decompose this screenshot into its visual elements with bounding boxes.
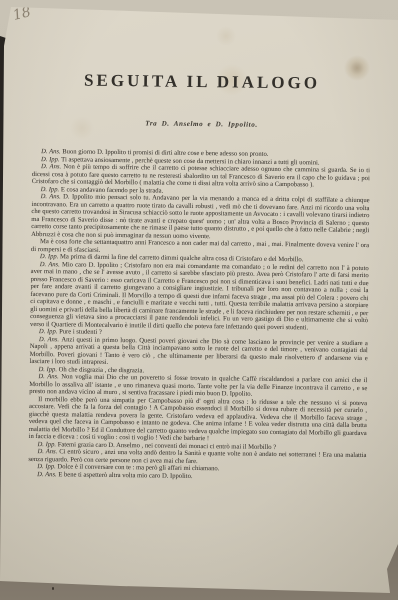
dust-speck [52, 587, 54, 590]
dialogue-paragraph: D. Ans. Anzi questi in primo luogo. Ques… [30, 335, 368, 369]
speaker-label: D. Ipp. [40, 253, 60, 260]
photo-of-printed-page: 18 SEGUITA IL DIALOGO Tra D. Anselmo e D… [0, 0, 398, 600]
speaker-label: D. Ipp. [37, 463, 57, 470]
speaker-label: D. Ipp. [38, 366, 58, 373]
dialogue-paragraph: D. Ans. D. Ippolito mio pensaci solo tu.… [31, 193, 370, 242]
speaker-label: D. Ans. [41, 148, 62, 155]
speaker-label: D. Ipp. [41, 156, 61, 163]
speaker-label: D. Ans. [40, 261, 62, 268]
page-title: SEGUITA IL DIALOGO [33, 70, 371, 94]
dialogue-paragraph: Il morbillo ebbe però una simpatia per C… [29, 395, 368, 444]
speaker-label: D. Ans. [37, 471, 58, 478]
scanned-page: 18 SEGUITA IL DIALOGO Tra D. Anselmo e D… [0, 0, 398, 600]
speaker-label: D. Ans. [37, 448, 59, 455]
speaker-label: D. Ipp. [41, 186, 61, 193]
speaker-label: D. Ans. [41, 163, 64, 170]
page-subtitle: Tra D. Anselmo e D. Ippolito. [32, 118, 370, 130]
dialogue: D. Ans. Buon giorno D. Ippolito ti promi… [28, 148, 370, 482]
dialogue-paragraph: D. Ans. Mio caro D. Ippolito ; Cristofar… [30, 260, 369, 332]
speaker-label: D. Ipp. [39, 328, 59, 335]
speaker-label: D. Ipp. [38, 441, 58, 448]
speaker-label: D. Ans. [41, 193, 64, 200]
speaker-label: D. Ans. [39, 336, 62, 343]
page-content: SEGUITA IL DIALOGO Tra D. Anselmo e D. I… [28, 0, 372, 482]
speaker-label: D. Ans. [38, 373, 61, 380]
